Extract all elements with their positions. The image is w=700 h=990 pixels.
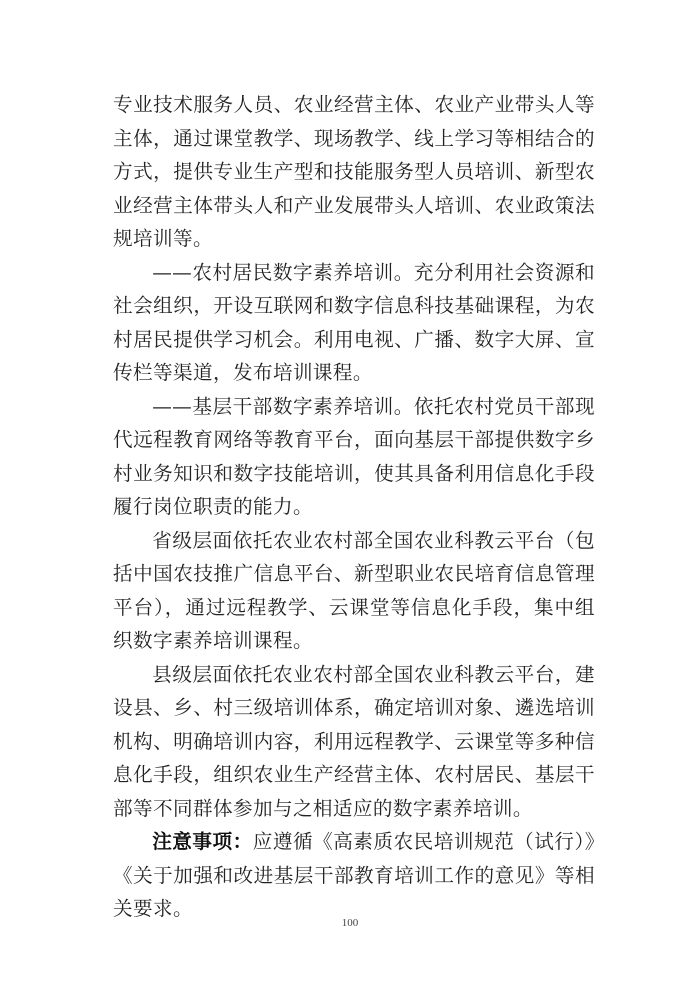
paragraph-grassroots-cadres-training: ——基层干部数字素养培训。依托农村党员干部现代远程教育网络等教育平台，面向基层干… <box>113 390 595 524</box>
paragraph-county-level: 县级层面依托农业农村部全国农业科教云平台，建设县、乡、村三级培训体系，确定培训对… <box>113 658 595 826</box>
paragraph-training-methods: 专业技术服务人员、农业经营主体、农业产业带头人等主体，通过课堂教学、现场教学、线… <box>113 88 595 256</box>
document-page: 专业技术服务人员、农业经营主体、农业产业带头人等主体，通过课堂教学、现场教学、线… <box>113 88 595 926</box>
page-number: 100 <box>0 917 700 929</box>
paragraph-provincial-level: 省级层面依托农业农村部全国农业科教云平台（包括中国农技推广信息平台、新型职业农民… <box>113 524 595 658</box>
notes-label: 注意事项： <box>152 830 253 853</box>
paragraph-notes: 注意事项：应遵循《高素质农民培训规范（试行）》《关于加强和改进基层干部教育培训工… <box>113 825 595 926</box>
paragraph-rural-residents-training: ——农村居民数字素养培训。充分利用社会资源和社会组织，开设互联网和数字信息科技基… <box>113 256 595 390</box>
